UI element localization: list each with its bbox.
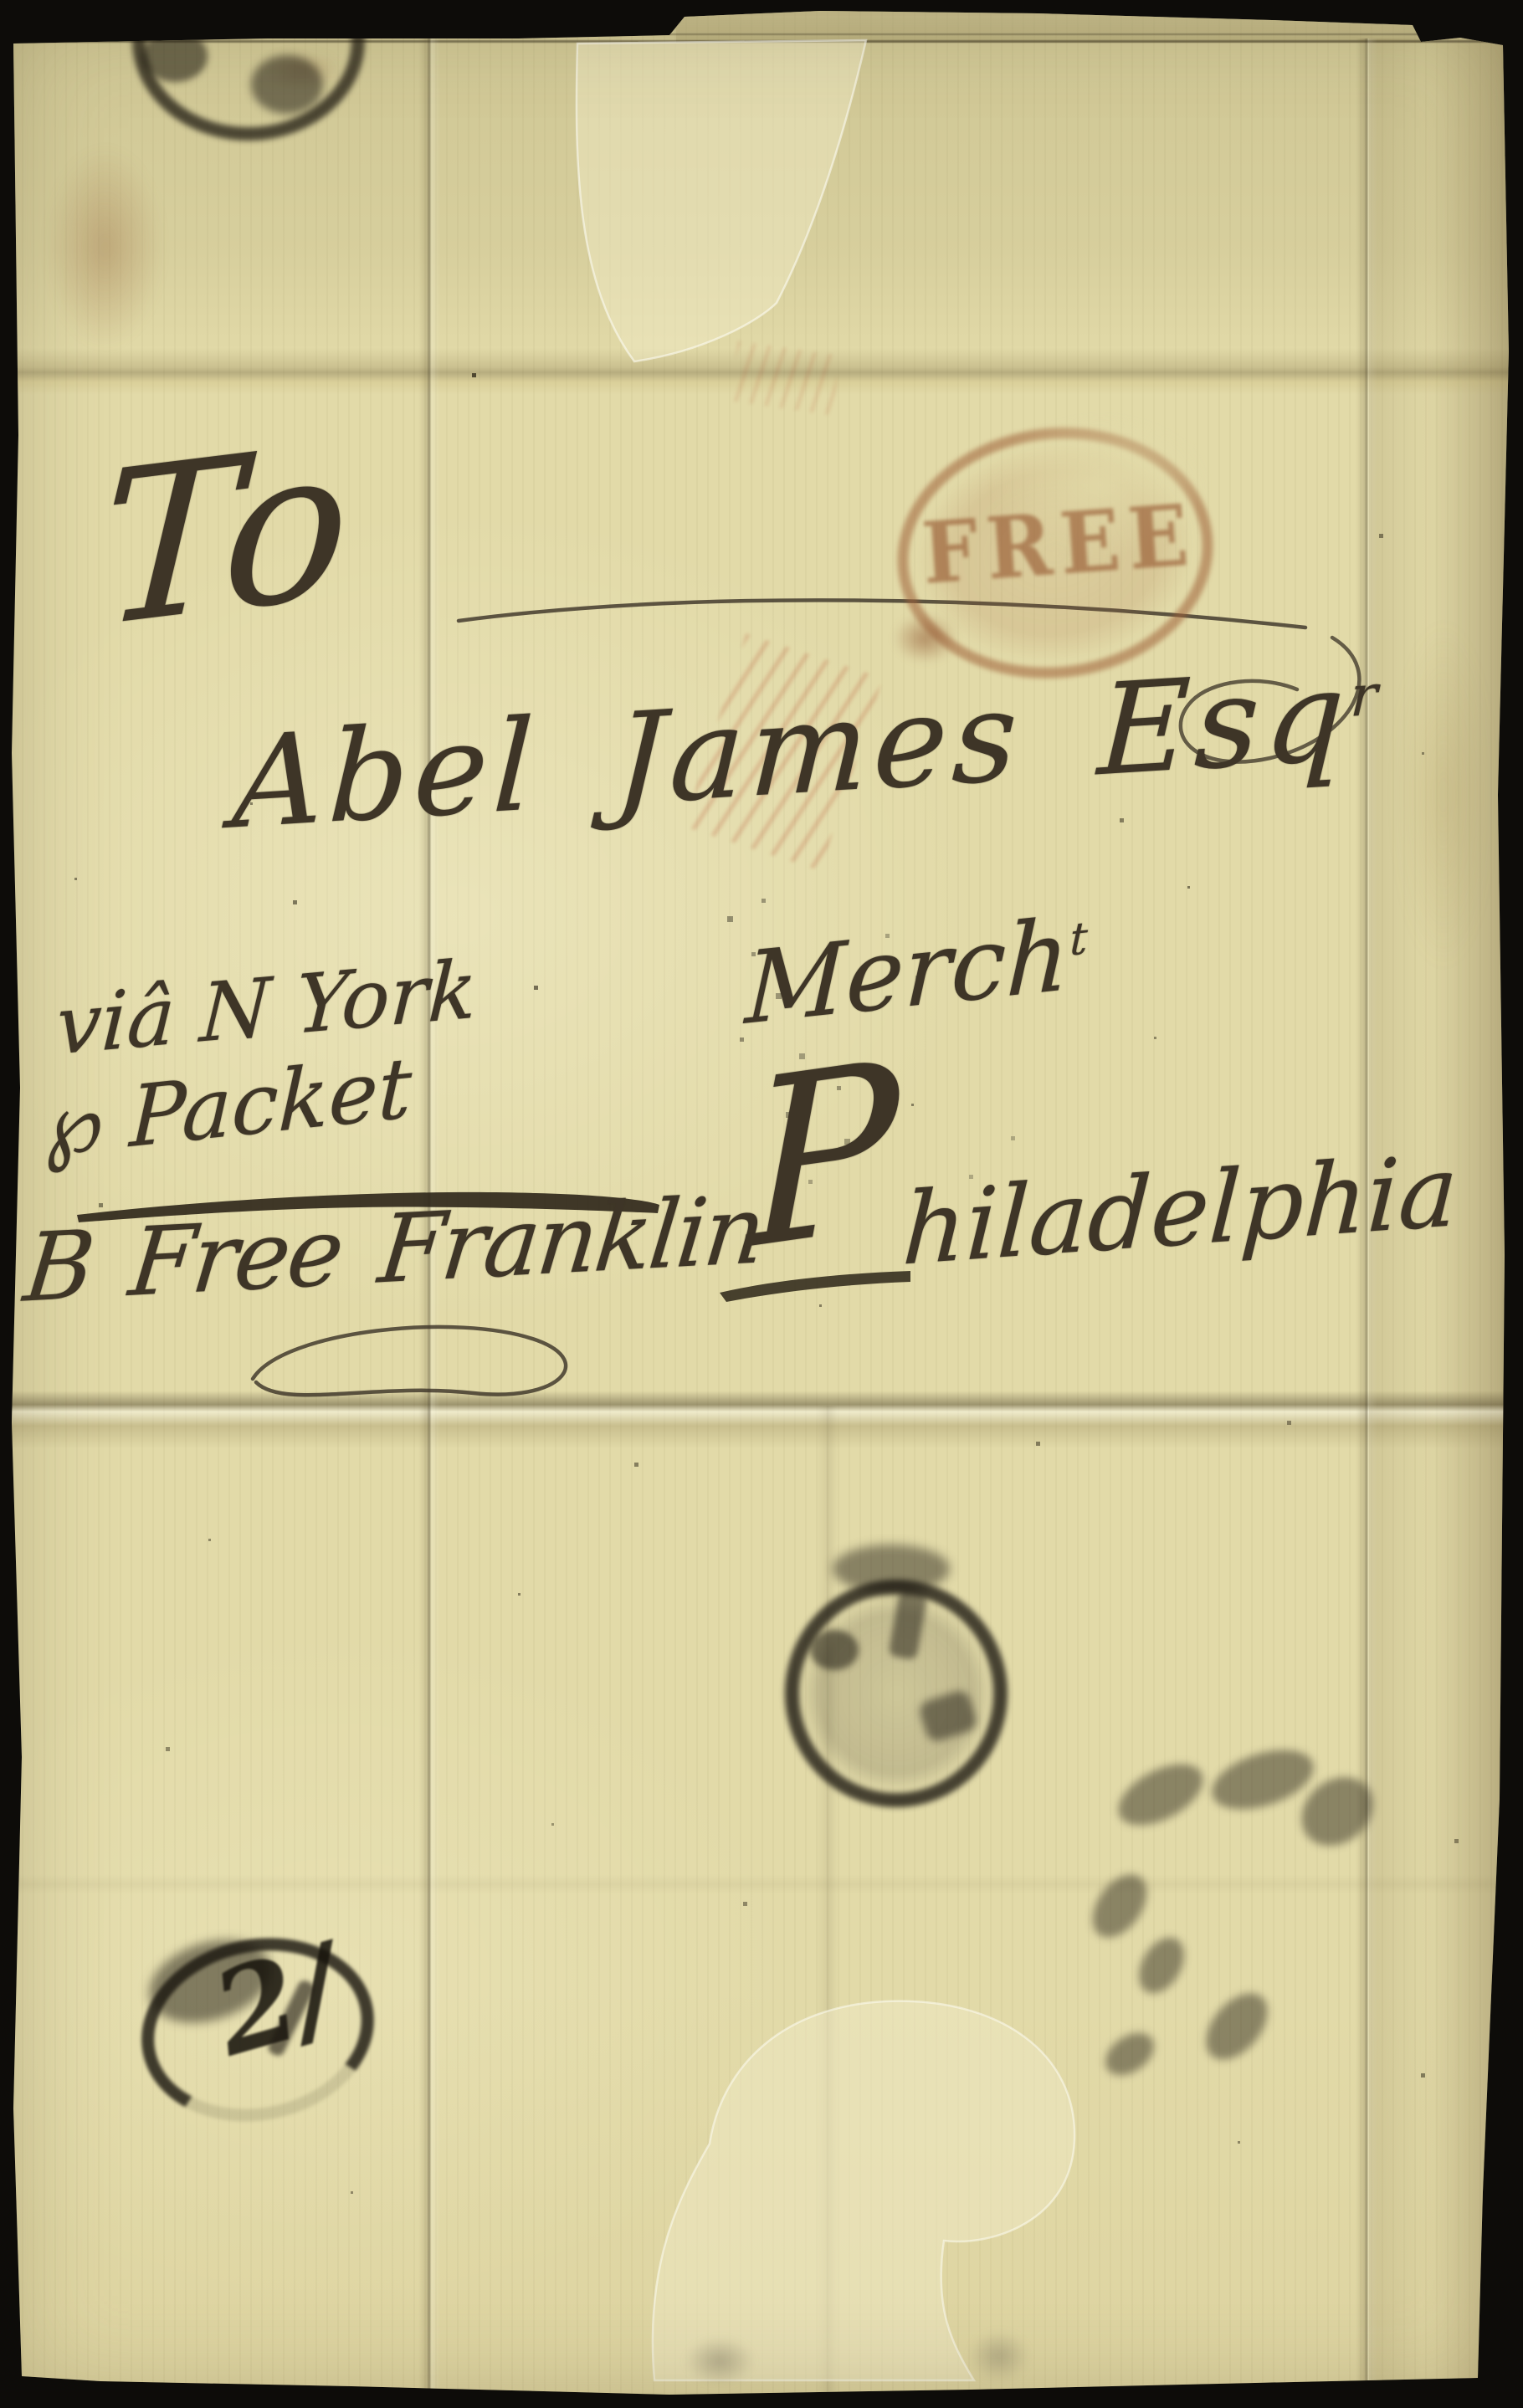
fold-shading-right bbox=[1369, 38, 1434, 2390]
fold-line-horizontal-upper bbox=[12, 348, 1510, 395]
fold-line-horizontal-faint bbox=[12, 1874, 1510, 1894]
route-underline-stroke bbox=[77, 1192, 659, 1222]
postmark-top-left-ink-blob-2 bbox=[251, 55, 323, 114]
ink-transfer-smudge bbox=[1205, 1739, 1321, 1821]
free-handstamp-ink-blob bbox=[885, 607, 966, 669]
route-line-2-word: Packet bbox=[102, 1038, 413, 1170]
top-edge-seam bbox=[13, 40, 1505, 43]
salutation-flourish-line bbox=[459, 600, 1305, 628]
ink-transfer-smudge bbox=[1130, 1929, 1193, 2001]
destination-initial-script: P bbox=[747, 1032, 899, 1283]
occupation-script: Mercht bbox=[744, 903, 1089, 1038]
philadelphia-lead-in-stroke bbox=[720, 1271, 910, 1302]
route-line-1-script: viâ N York bbox=[54, 949, 479, 1067]
seal-residue-blob bbox=[676, 2331, 763, 2391]
red-crayon-trace-2 bbox=[730, 341, 841, 416]
ink-transfer-smudge bbox=[1288, 1763, 1387, 1860]
seal-residue-blob-2 bbox=[961, 2324, 1038, 2388]
salutation-script: To bbox=[96, 415, 355, 658]
rate-handstamp-ink-blob bbox=[138, 1925, 281, 2037]
fold-line-vertical-left bbox=[418, 38, 440, 2390]
addressee-name: Abel James Esq bbox=[230, 643, 1353, 857]
top-fold-flap bbox=[676, 11, 1423, 43]
occupation-word: Merch bbox=[743, 896, 1071, 1047]
addressee-superscript: r bbox=[1349, 661, 1384, 730]
ink-transfer-smudge bbox=[1098, 2024, 1162, 2083]
red-crayon-trace bbox=[684, 633, 883, 870]
rate-handstamp-text: 2/ bbox=[203, 1928, 352, 2072]
free-handstamp-fade bbox=[962, 393, 1238, 577]
fold-line-vertical-right bbox=[1356, 38, 1377, 2390]
franklin-free-frank-signature: B Free Franklin bbox=[20, 1183, 767, 1316]
occupation-superscript: t bbox=[1069, 912, 1088, 966]
signature-flourish-loop bbox=[253, 1327, 566, 1395]
ink-transfer-smudge bbox=[1109, 1752, 1213, 1838]
paper-speckles bbox=[0, 0, 1, 1]
postmark-center-smear bbox=[833, 1545, 950, 1593]
postmark-center-letter-mark bbox=[888, 1590, 927, 1661]
route-line-2-script: ℘ Packet bbox=[44, 1046, 413, 1169]
per-sign: ℘ bbox=[44, 1071, 105, 1176]
fold-line-horizontal-lower bbox=[12, 1391, 1510, 1449]
top-edge-seam-2 bbox=[519, 33, 1428, 35]
seal-remnant-patch-bottom bbox=[653, 2001, 1074, 2380]
stain-top-center bbox=[247, 44, 356, 97]
postmark-center-ink-blob bbox=[810, 1630, 859, 1670]
ink-transfer-smudge bbox=[1194, 1982, 1279, 2071]
stain-top-left bbox=[23, 107, 187, 387]
postmark-center-letter-mark-2 bbox=[917, 1688, 979, 1745]
paper-repair-patch-top bbox=[577, 40, 866, 361]
esquire-flourish-loop bbox=[1181, 638, 1360, 762]
free-handstamp-text: FREE bbox=[919, 485, 1200, 603]
ink-speckle-cluster bbox=[0, 0, 1, 1]
addressee-script: Abel James Esqr bbox=[230, 651, 1384, 848]
stain-right-edge bbox=[1385, 577, 1502, 1012]
damage-and-ink-strokes-layer bbox=[0, 0, 1523, 2408]
fold-line-vertical-faint bbox=[816, 1406, 838, 2393]
ink-transfer-smudge bbox=[1082, 1865, 1158, 1948]
rate-handstamp-ring bbox=[125, 1917, 392, 2142]
destination-script: hiladelphia bbox=[900, 1141, 1460, 1279]
postmark-top-left-partial bbox=[132, 0, 365, 141]
letter-sheet: FREE 2/ To Abel James Esqr Mercht viâ N … bbox=[0, 0, 1523, 2408]
photo-stage: FREE 2/ To Abel James Esqr Mercht viâ N … bbox=[0, 0, 1523, 2408]
rate-handstamp-stroke bbox=[266, 1978, 316, 2057]
free-handstamp-ring bbox=[883, 410, 1227, 696]
postmark-circular-center bbox=[785, 1580, 1008, 1807]
postmark-top-left-ink-blob bbox=[142, 30, 208, 82]
